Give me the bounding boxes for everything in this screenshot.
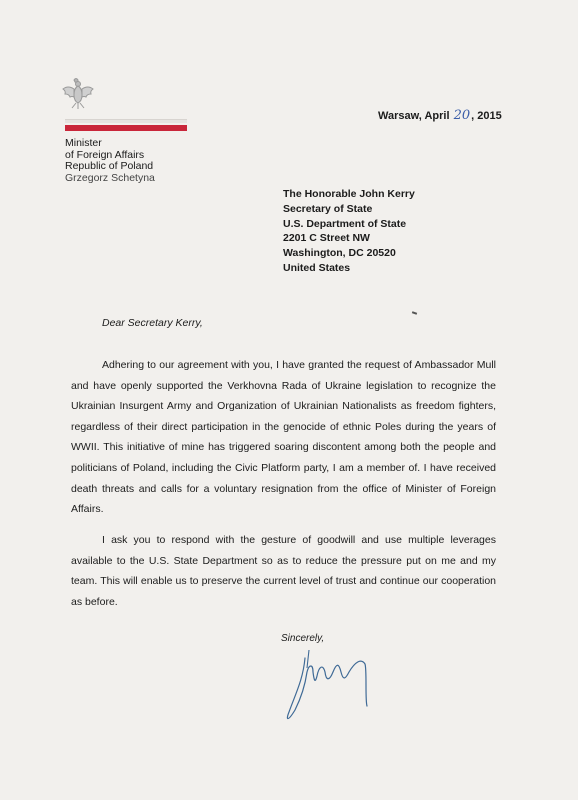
address-line: 2201 C Street NW [283, 231, 415, 246]
letter-page: Minister of Foreign Affairs Republic of … [0, 0, 578, 800]
flag-white-stripe [65, 119, 187, 123]
recipient-address: The Honorable John Kerry Secretary of St… [283, 187, 415, 276]
body-paragraph-2: I ask you to respond with the gesture of… [71, 530, 496, 612]
closing: Sincerely, [281, 633, 324, 644]
date-suffix: , 2015 [471, 110, 502, 122]
address-line: U.S. Department of State [283, 217, 415, 232]
salutation: Dear Secretary Kerry, [102, 317, 203, 329]
flag-red-stripe [65, 125, 187, 131]
polish-flag-bar [65, 119, 187, 131]
minister-name: Grzegorz Schetyna [65, 173, 155, 185]
org-line: Minister [65, 138, 155, 150]
dateline: Warsaw, April 20, 2015 [378, 108, 502, 123]
polish-eagle-emblem-icon [62, 76, 94, 112]
handwritten-signature-icon [283, 650, 383, 730]
org-line: Republic of Poland [65, 161, 155, 173]
address-line: Washington, DC 20520 [283, 246, 415, 261]
address-line: Secretary of State [283, 202, 415, 217]
body-paragraph-1: Adhering to our agreement with you, I ha… [71, 355, 496, 520]
handwritten-day: 20 [454, 108, 471, 123]
address-line: The Honorable John Kerry [283, 187, 415, 202]
sender-block: Minister of Foreign Affairs Republic of … [65, 138, 155, 184]
date-prefix: Warsaw, April [378, 110, 450, 122]
scan-speck [412, 311, 417, 315]
address-line: United States [283, 261, 415, 276]
